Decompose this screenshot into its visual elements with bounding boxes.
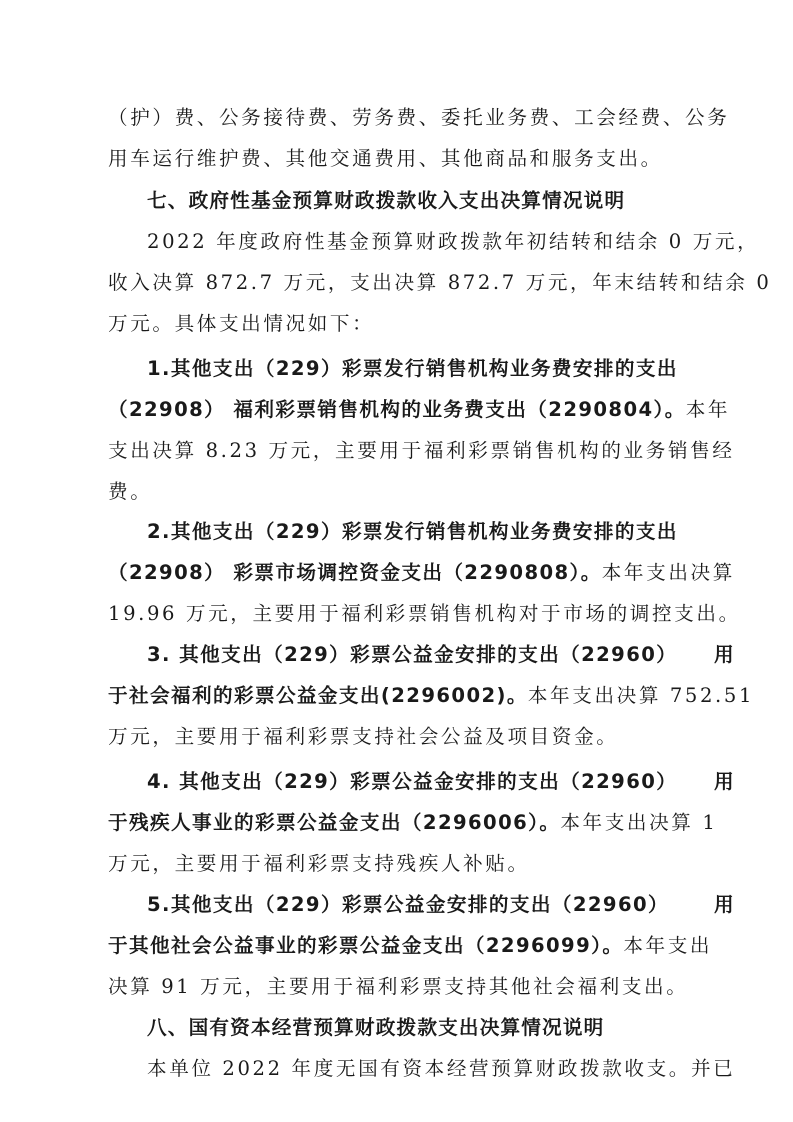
item-1-line: （22908） 福利彩票销售机构的业务费支出（2290804）。本年 [108, 392, 696, 428]
paragraph-line: 万元，主要用于福利彩票支持社会公益及项目资金。 [108, 719, 696, 755]
paragraph-line: 收入决算 872.7 万元，支出决算 872.7 万元，年末结转和结余 0 [108, 265, 696, 301]
paragraph-line: 费。 [108, 474, 696, 510]
item-5-line: 于其他社会公益事业的彩票公益金支出（2296099）。本年支出 [108, 928, 696, 964]
item-1-text: 本年 [686, 398, 730, 421]
paragraph-line: 万元。具体支出情况如下： [108, 306, 696, 342]
item-5-code: 5.其他支出（229）彩票公益金安排的支出（22960） [147, 887, 669, 923]
item-1-title: 1.其他支出（229）彩票发行销售机构业务费安排的支出 [108, 351, 735, 387]
item-2-code: （22908） 彩票市场调控资金支出（2290808）。 [108, 561, 602, 584]
paragraph-line: 本单位 2022 年度无国有资本经营预算财政拨款收支。并已 [108, 1051, 735, 1087]
section-heading-7: 七、政府性基金预算财政拨款收入支出决算情况说明 [108, 183, 735, 219]
item-4-code: 4. 其他支出（229）彩票公益金安排的支出（22960） [147, 764, 677, 800]
paragraph-line: 支出决算 8.23 万元，主要用于福利彩票销售机构的业务销售经 [108, 433, 696, 469]
item-2-line: （22908） 彩票市场调控资金支出（2290808）。本年支出决算 [108, 555, 696, 591]
item-5-text: 本年支出 [623, 934, 712, 957]
item-2-title: 2.其他支出（229）彩票发行销售机构业务费安排的支出 [108, 514, 735, 550]
paragraph-line: 决算 91 万元，主要用于福利彩票支持其他社会福利支出。 [108, 969, 696, 1005]
item-3-text: 本年支出决算 752.51 [528, 684, 754, 707]
item-3-line: 于社会福利的彩票公益金支出(2296002)。本年支出决算 752.51 [108, 678, 696, 714]
item-3-code2: 于社会福利的彩票公益金支出(2296002)。 [108, 684, 528, 707]
item-4-tail: 用 [714, 764, 735, 800]
paragraph-line: 用车运行维护费、其他交通费用、其他商品和服务支出。 [108, 141, 696, 177]
item-3-title: 3. 其他支出（229）彩票公益金安排的支出（22960）用 [108, 637, 735, 673]
item-4-title: 4. 其他支出（229）彩票公益金安排的支出（22960）用 [108, 764, 735, 800]
paragraph-line: （护）费、公务接待费、劳务费、委托业务费、工会经费、公务 [108, 100, 696, 136]
item-3-tail: 用 [714, 637, 735, 673]
item-4-text: 本年支出决算 1 [560, 811, 717, 834]
item-4-code2: 于残疾人事业的彩票公益金支出（2296006）。 [108, 811, 560, 834]
item-1-code: （22908） 福利彩票销售机构的业务费支出（2290804）。 [108, 398, 686, 421]
paragraph-line: 2022 年度政府性基金预算财政拨款年初结转和结余 0 万元， [108, 224, 735, 260]
paragraph-line: 万元，主要用于福利彩票支持残疾人补贴。 [108, 846, 696, 882]
item-5-title: 5.其他支出（229）彩票公益金安排的支出（22960）用 [108, 887, 735, 923]
paragraph-line: 19.96 万元，主要用于福利彩票销售机构对于市场的调控支出。 [108, 596, 696, 632]
item-2-text: 本年支出决算 [602, 561, 735, 584]
item-5-tail: 用 [714, 887, 735, 923]
item-4-line: 于残疾人事业的彩票公益金支出（2296006）。本年支出决算 1 [108, 805, 696, 841]
section-heading-8: 八、国有资本经营预算财政拨款支出决算情况说明 [108, 1010, 735, 1046]
item-5-code2: 于其他社会公益事业的彩票公益金支出（2296099）。 [108, 934, 623, 957]
item-3-code: 3. 其他支出（229）彩票公益金安排的支出（22960） [147, 637, 677, 673]
